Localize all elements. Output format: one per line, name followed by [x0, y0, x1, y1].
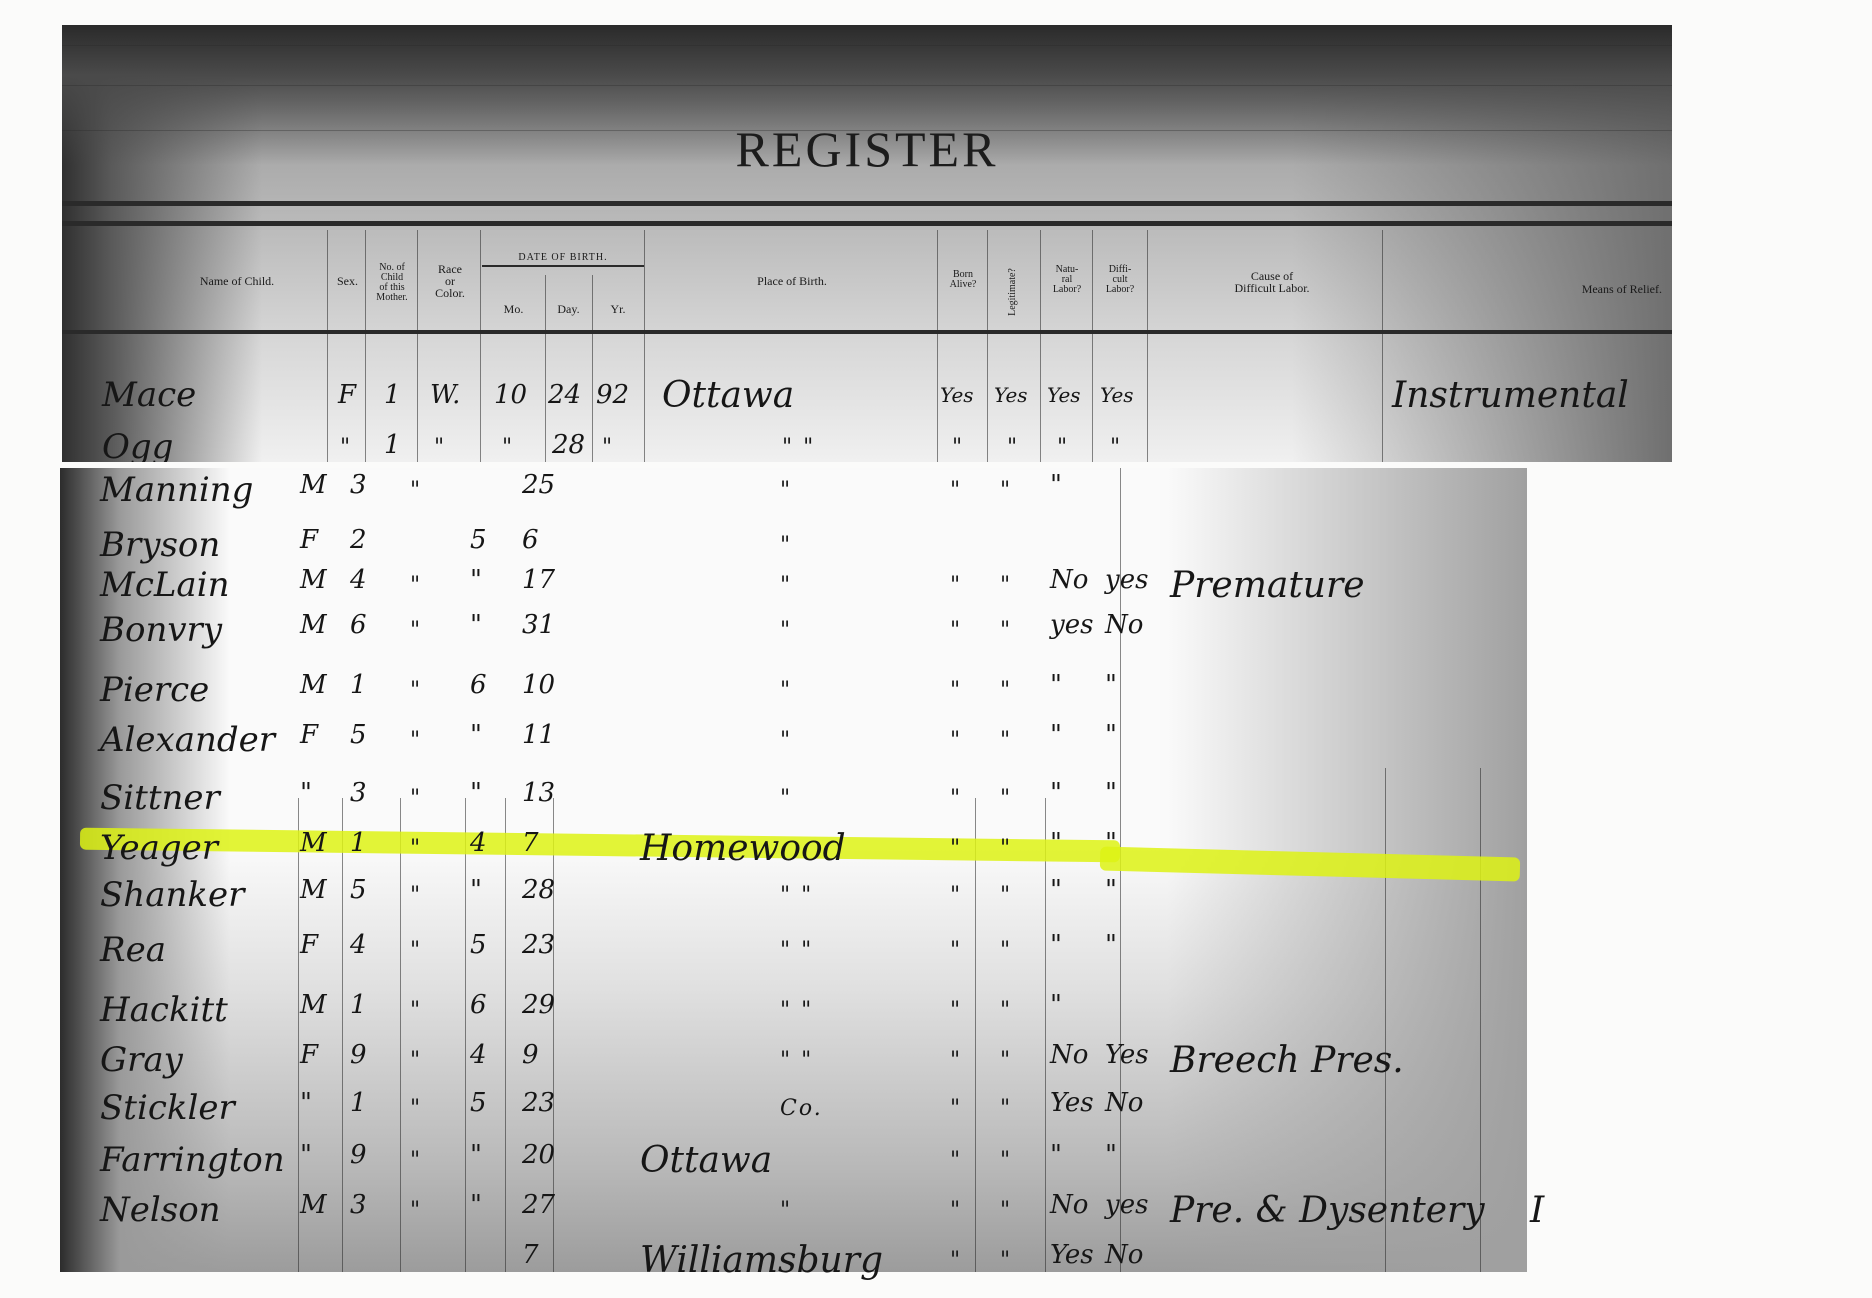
header-means-of-relief: Means of Relief. [1502, 283, 1662, 295]
row-natural: " [1050, 720, 1062, 750]
header-race-or-color: RaceorColor. [420, 263, 480, 299]
row-difficult: No [1105, 1088, 1143, 1118]
row-legitimate: " [1000, 1048, 1012, 1073]
row-means: I [1530, 1190, 1544, 1231]
row-no: 9 [350, 1040, 367, 1070]
row-legitimate: " [1000, 678, 1012, 703]
register-title: REGISTER [62, 120, 1672, 178]
row-born-alive: " [950, 836, 962, 861]
row-race: " [410, 573, 422, 598]
row-sex: M [300, 1190, 327, 1220]
row-mo: " [470, 778, 482, 808]
row-mo: " [470, 610, 482, 640]
row-natural: Yes [1050, 1088, 1094, 1118]
row-race: " [410, 883, 422, 908]
means-of-relief: Instrumental [1392, 375, 1629, 416]
row-place: " [780, 728, 792, 753]
row-day: 6 [522, 525, 539, 555]
row-born-alive: " [950, 728, 962, 753]
row-sex: M [300, 828, 327, 858]
row-legitimate: " [1000, 836, 1012, 861]
row-legitimate: " [1000, 883, 1012, 908]
row-natural: " [1050, 930, 1062, 960]
row-mo: 6 [470, 670, 487, 700]
row-natural: " [1050, 670, 1062, 700]
row-difficult: " [1105, 778, 1117, 808]
row-born-alive: " [950, 573, 962, 598]
row-natural: No [1050, 1190, 1088, 1220]
row-race: " [410, 678, 422, 703]
row-natural: " [1050, 875, 1062, 905]
row-difficult: " [1105, 930, 1117, 960]
header-rule-bottom [62, 221, 1672, 226]
row-no: 1 [350, 1088, 367, 1118]
row-mo: 6 [470, 990, 487, 1020]
row-difficult: " [1105, 1140, 1117, 1170]
row-no: 9 [350, 1140, 367, 1170]
row-difficult: yes [1105, 1190, 1148, 1220]
header-mo: Mo. [482, 303, 545, 315]
row-difficult: Yes [1105, 1040, 1149, 1070]
row-sex: F [300, 720, 318, 750]
row-sex: " [300, 1088, 312, 1118]
row-no: 2 [350, 525, 367, 555]
row-natural: No [1050, 565, 1088, 595]
row-name: Farrington [100, 1140, 285, 1180]
row-place: " [780, 618, 792, 643]
row-name: Bonvry [100, 610, 222, 650]
row-day: 7 [522, 1240, 539, 1270]
row-sex: F [300, 525, 318, 555]
row-place: " [780, 786, 792, 811]
row-no: 3 [350, 1190, 367, 1220]
row-difficult: " [1105, 875, 1117, 905]
row-born-alive: " [950, 1048, 962, 1073]
row-day: 13 [522, 778, 555, 808]
row-difficult: " [1105, 828, 1117, 858]
row-name: Pierce [100, 670, 209, 710]
header-difficult-labor: Diffi-cultLabor? [1093, 265, 1147, 295]
row-born-alive: " [950, 1148, 962, 1173]
row-born-alive: " [950, 1096, 962, 1121]
row-legitimate: " [1000, 573, 1012, 598]
header-name-of-child: Name of Child. [162, 275, 312, 287]
header-natural-labor: Natu-ralLabor? [1041, 265, 1093, 295]
row-born-alive: " [950, 1248, 962, 1273]
row-place: Homewood [640, 828, 846, 869]
header-yr: Yr. [592, 303, 644, 315]
row-cause: Breech Pres. [1170, 1040, 1404, 1081]
row-no: 5 [350, 875, 367, 905]
header-born-alive: BornAlive? [938, 270, 988, 290]
row-legitimate: " [1000, 1198, 1012, 1223]
row-day: 20 [522, 1140, 555, 1170]
row-difficult: " [1105, 670, 1117, 700]
row-no: 1 [350, 670, 367, 700]
row-legitimate: " [1000, 1248, 1012, 1273]
date-of-birth-rule [482, 265, 644, 267]
row-place: " [780, 533, 792, 558]
row-difficult: yes [1105, 565, 1148, 595]
row-no: 1 [350, 990, 367, 1020]
row-legitimate: " [1000, 998, 1012, 1023]
row-day: 17 [522, 565, 555, 595]
row-no: 5 [350, 720, 367, 750]
header-date-of-birth: DATE OF BIRTH. [482, 253, 644, 263]
row-sex: " [300, 778, 312, 808]
row-born-alive: " [950, 998, 962, 1023]
row-race: " [410, 786, 422, 811]
row-mo: 4 [470, 828, 487, 858]
row-mo: 5 [470, 525, 487, 555]
row-sex: M [300, 670, 327, 700]
row-no: 1 [350, 828, 367, 858]
row-name: Sittner [100, 778, 220, 818]
row-sex: M [300, 470, 327, 500]
row-race: " [410, 618, 422, 643]
row-race: " [410, 728, 422, 753]
header-day: Day. [545, 303, 592, 315]
row-place: Co. [780, 1096, 823, 1121]
row-race: " [410, 1096, 422, 1121]
row-race: " [410, 836, 422, 861]
row-day: 25 [522, 470, 555, 500]
row-mo: " [470, 1140, 482, 1170]
row-day: 23 [522, 1088, 555, 1118]
row-place: " [780, 1198, 792, 1223]
header-no-of-child: No. ofChildof thisMother. [366, 263, 418, 303]
row-name: Bryson [100, 525, 220, 565]
row-born-alive: " [950, 786, 962, 811]
row-natural: " [1050, 470, 1062, 500]
row-place: " " [780, 883, 813, 908]
column-header-rule [62, 330, 1672, 334]
row-day: 28 [522, 875, 555, 905]
row-natural: Yes [1050, 1240, 1094, 1270]
row-no: 6 [350, 610, 367, 640]
row-mo: " [470, 720, 482, 750]
row-place: " [780, 478, 792, 503]
row-mo: " [470, 1190, 482, 1220]
register-header-scan: REGISTER Name of Child. Sex. No. ofChild… [62, 25, 1672, 462]
row-natural: " [1050, 990, 1062, 1020]
row-race: " [410, 1048, 422, 1073]
row-sex: M [300, 565, 327, 595]
row-sex: " [300, 1140, 312, 1170]
row-born-alive: " [950, 478, 962, 503]
row-name: McLain [100, 565, 229, 605]
header-place-of-birth: Place of Birth. [662, 275, 922, 287]
row-natural: " [1050, 828, 1062, 858]
row-no: 3 [350, 470, 367, 500]
row-day: 23 [522, 930, 555, 960]
row-sex: F [300, 930, 318, 960]
row-place: " " [780, 1048, 813, 1073]
row-legitimate: " [1000, 1096, 1012, 1121]
header-sex: Sex. [330, 275, 365, 287]
row-no: 4 [350, 930, 367, 960]
row-name: Gray [100, 1040, 183, 1080]
rule [62, 45, 1672, 46]
row-difficult: No [1105, 610, 1143, 640]
row-race: " [410, 478, 422, 503]
header-rule-top [62, 201, 1672, 206]
place-of-birth: Ottawa [662, 375, 794, 416]
row-day: 9 [522, 1040, 539, 1070]
row-name: Stickler [100, 1088, 235, 1128]
row-race: " [410, 1198, 422, 1223]
row-born-alive: " [950, 1198, 962, 1223]
row-born-alive: " [950, 938, 962, 963]
header-legitimate: Legitimate? [1008, 261, 1018, 323]
row-name: Nelson [100, 1190, 221, 1230]
row-name: Yeager [100, 828, 218, 868]
row-legitimate: " [1000, 786, 1012, 811]
row-no: 4 [350, 565, 367, 595]
row-place: Ottawa [640, 1140, 772, 1181]
row-mo: 4 [470, 1040, 487, 1070]
row-place: " [780, 678, 792, 703]
row-name: Shanker [100, 875, 244, 915]
row-legitimate: " [1000, 478, 1012, 503]
row-born-alive: " [950, 883, 962, 908]
yeager-highlight-tail [1100, 847, 1520, 882]
row-legitimate: " [1000, 1148, 1012, 1173]
row-day: 7 [522, 828, 539, 858]
row-name: Mace [102, 375, 196, 415]
row-place: " [780, 573, 792, 598]
row-place: Williamsburg [640, 1240, 883, 1281]
yeager-highlight [80, 828, 1120, 863]
row-natural: No [1050, 1040, 1088, 1070]
row-name: Rea [100, 930, 166, 970]
row-born-alive: " [950, 678, 962, 703]
row-natural: " [1050, 778, 1062, 808]
row-sex: M [300, 990, 327, 1020]
row-sex: M [300, 610, 327, 640]
row-day: 11 [522, 720, 555, 750]
row-legitimate: " [1000, 728, 1012, 753]
row-place: " " [780, 938, 813, 963]
header-cause-of-difficult-labor: Cause ofDifficult Labor. [1182, 270, 1362, 294]
row-difficult: No [1105, 1240, 1143, 1270]
row-difficult: " [1105, 720, 1117, 750]
row-natural: yes [1050, 610, 1093, 640]
row-race: " [410, 1148, 422, 1173]
row-day: 10 [522, 670, 555, 700]
row-day: 27 [522, 1190, 555, 1220]
rule [62, 85, 1672, 86]
row-place: " " [780, 998, 813, 1023]
row-no: 3 [350, 778, 367, 808]
row-name: Hackitt [100, 990, 228, 1030]
row-sex: M [300, 875, 327, 905]
row-sex: F [300, 1040, 318, 1070]
row-cause: Premature [1170, 565, 1365, 606]
row-race: " [410, 938, 422, 963]
row-race: " [410, 998, 422, 1023]
row-cause: Pre. & Dysentery [1170, 1190, 1485, 1231]
row-mo: " [470, 565, 482, 595]
row-legitimate: " [1000, 618, 1012, 643]
row-natural: " [1050, 1140, 1062, 1170]
row-day: 31 [522, 610, 555, 640]
row-mo: " [470, 875, 482, 905]
row-mo: 5 [470, 1088, 487, 1118]
row-born-alive: " [950, 618, 962, 643]
row-name: Manning [100, 470, 253, 510]
row-name: Alexander [100, 720, 275, 760]
row-legitimate: " [1000, 938, 1012, 963]
row-day: 29 [522, 990, 555, 1020]
row-mo: 5 [470, 930, 487, 960]
